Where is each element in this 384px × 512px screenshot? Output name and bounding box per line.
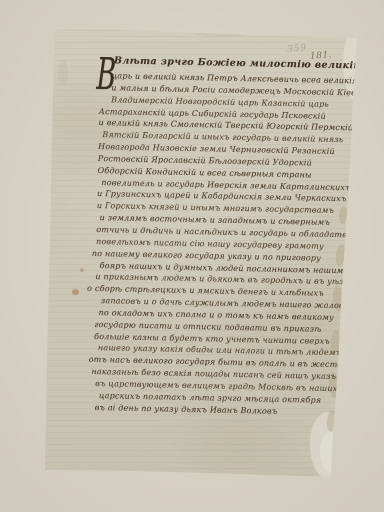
manuscript-lines: царь и великій князь Петръ Алексѣевичь в… [92, 70, 341, 418]
frayed-edge [338, 206, 347, 225]
manuscript-page: 359 181. В Влѣта зрчго Божіею милостію в… [0, 0, 384, 512]
worn-corner-bottom-right-inner [320, 430, 346, 474]
photo-backdrop: 359 181. В Влѣта зрчго Божіею милостію в… [0, 0, 384, 512]
ink-stain [72, 289, 79, 295]
old-folio-number: 359 [287, 43, 308, 55]
ink-stain [80, 268, 84, 272]
smudge-stain [190, 24, 254, 37]
smudge-stain [58, 60, 68, 86]
decorated-initial-letter: В [96, 53, 116, 97]
manuscript-text-block: В Влѣта зрчго Божіею милостію великій го… [92, 55, 341, 418]
